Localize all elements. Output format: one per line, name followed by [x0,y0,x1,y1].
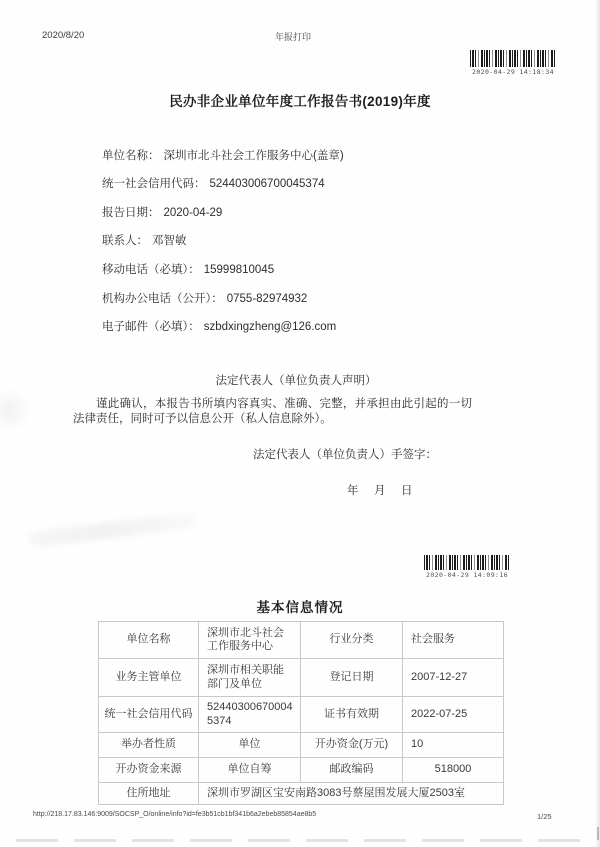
cell-supervisor-value: 深圳市相关职能部门及单位 [199,659,301,697]
field-email: 电子邮件（必填）：szbdxingzheng@126.com [102,318,336,334]
cell-postal-code-label: 邮政编码 [301,758,403,783]
footer-print-url: http://218.17.83.146:9009/SOCSP_O/online… [33,811,316,818]
print-header-title: 年报打印 [0,30,586,43]
field-report-date-value: 2020-04-29 [164,207,223,219]
field-report-date: 报告日期：2020-04-29 [102,204,222,220]
field-contact-person-value: 邓智敏 [152,235,187,247]
declaration-body: 谨此确认，本报告书所填内容真实、准确、完整，并承担由此引起的一切法律责任，同时可… [73,397,472,426]
table-row: 单位名称 深圳市北斗社会工作服务中心 行业分类 社会服务 [99,622,504,659]
field-office-phone-label: 机构办公电话（公开）： [102,293,223,305]
cell-opening-funds-value: 10 [403,733,504,758]
scan-edge-tick [597,827,599,840]
cell-industry-value: 社会服务 [403,622,504,659]
field-unit-name-value: 深圳市北斗社会工作服务中心(盖章) [164,150,344,162]
table-row: 住所地址 深圳市罗湖区宝安南路3083号蔡屋围发展大厦2503室 [99,783,504,805]
cell-registration-date-value: 2007-12-27 [403,659,504,697]
cell-supervisor-label: 业务主管单位 [99,659,199,697]
barcode-middle [424,555,510,570]
scan-edge-shadow [595,0,600,847]
field-credit-code-label: 统一社会信用代码： [102,178,206,190]
field-office-phone-value: 0755-82974932 [227,293,308,305]
cell-address-value: 深圳市罗湖区宝安南路3083号蔡屋围发展大厦2503室 [199,783,504,805]
scan-smudge-artifact [28,512,197,548]
field-email-label: 电子邮件（必填）： [102,321,200,333]
cell-opening-funds-label: 开办资金(万元) [301,733,403,758]
field-mobile-phone: 移动电话（必填）：15999810045 [102,261,274,277]
scan-edge-dashes [16,839,592,842]
cell-registration-date-label: 登记日期 [301,659,403,697]
basic-info-table: 单位名称 深圳市北斗社会工作服务中心 行业分类 社会服务 业务主管单位 深圳市相… [98,621,504,805]
cell-credit-code-label: 统一社会信用代码 [99,697,199,733]
table-row: 开办资金来源 单位自筹 邮政编码 518000 [99,758,504,783]
field-email-value: szbdxingzheng@126.com [204,321,337,333]
cell-address-label: 住所地址 [99,783,199,805]
basic-info-section-title: 基本信息情况 [0,596,600,616]
cell-cert-validity-value: 2022-07-25 [403,697,504,733]
table-row: 举办者性质 单位 开办资金(万元) 10 [99,733,504,758]
cell-unit-name-label: 单位名称 [99,622,199,659]
barcode-middle-timestamp: 2020-04-29 14:09:16 [412,571,522,579]
field-unit-name-label: 单位名称： [102,150,160,162]
cell-industry-label: 行业分类 [301,622,403,659]
field-mobile-phone-value: 15999810045 [204,264,274,276]
cell-funds-source-value: 单位自筹 [199,758,301,783]
signature-date-placeholder: 年 月 日 [347,482,415,498]
cell-credit-code-value: 524403006700045374 [199,697,301,733]
declaration-title: 法定代表人（单位负责人声明） [0,372,592,388]
field-contact-person-label: 联系人： [102,235,148,247]
field-contact-person: 联系人：邓智敏 [102,232,187,248]
field-unit-name: 单位名称：深圳市北斗社会工作服务中心(盖章) [102,147,344,163]
footer-page-indicator: 1/25 [537,812,552,821]
document-page: 2020/8/20 年报打印 2020-04-29 14:18:34 民办非企业… [0,0,600,847]
field-mobile-phone-label: 移动电话（必填）： [102,264,200,276]
barcode-top [470,50,556,67]
cell-funds-source-label: 开办资金来源 [99,758,199,783]
barcode-top-timestamp: 2020-04-29 14:18:34 [458,68,568,76]
cell-cert-validity-label: 证书有效期 [301,697,403,733]
field-credit-code-value: 524403006700045374 [210,178,325,190]
table-row: 业务主管单位 深圳市相关职能部门及单位 登记日期 2007-12-27 [99,659,504,697]
cell-founder-nature-value: 单位 [199,733,301,758]
cell-unit-name-value: 深圳市北斗社会工作服务中心 [199,622,301,659]
cell-founder-nature-label: 举办者性质 [99,733,199,758]
field-report-date-label: 报告日期： [102,207,160,219]
scan-smudge-artifact [0,388,32,432]
table-row: 统一社会信用代码 524403006700045374 证书有效期 2022-0… [99,697,504,733]
field-credit-code: 统一社会信用代码：524403006700045374 [102,175,325,191]
signature-label: 法定代表人（单位负责人）手签字： [253,446,437,462]
field-office-phone: 机构办公电话（公开）：0755-82974932 [102,290,307,306]
cell-postal-code-value: 518000 [403,758,504,783]
report-title: 民办非企业单位年度工作报告书(2019)年度 [0,90,600,110]
